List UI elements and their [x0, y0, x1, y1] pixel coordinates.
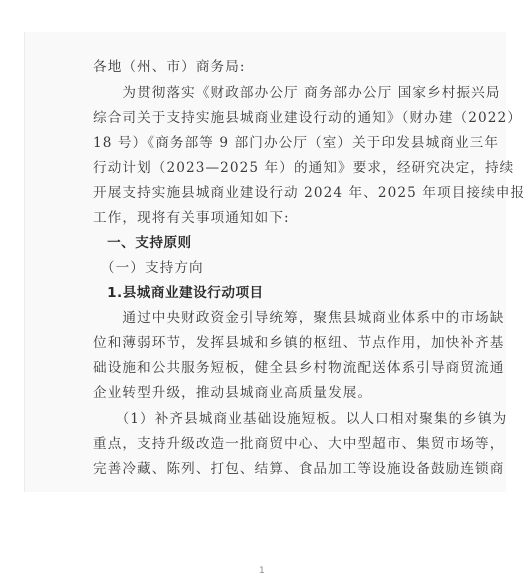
- paragraph-line: 开展支持实施县城商业建设行动 2024 年、2025 年项目接续申报: [93, 184, 493, 202]
- section-heading: 一、支持原则: [93, 234, 493, 252]
- paragraph-line: 重点，支持升级改造一批商贸中心、大中型超市、集贸市场等，: [93, 435, 493, 453]
- paragraph-line: 为贯彻落实《财政部办公厅 商务部办公厅 国家乡村振兴局: [93, 84, 493, 102]
- paragraph-line: 位和薄弱环节，发挥县城和乡镇的枢纽、节点作用，加快补齐基: [93, 334, 493, 352]
- page-number: 1: [259, 566, 265, 576]
- paragraph-line: 企业转型升级，推动县城商业高质量发展。: [93, 384, 493, 402]
- paragraph-line: 综合司关于支持实施县城商业建设行动的通知》（财办建（2022）: [93, 109, 493, 127]
- paragraph-line: 础设施和公共服务短板，健全县乡村物流配送体系引导商贸流通: [93, 359, 493, 377]
- subsection-heading: （一）支持方向: [93, 259, 493, 277]
- paragraph-line: 工作，现将有关事项通知如下:: [93, 209, 493, 227]
- paragraph-line: 行动计划（2023—2025 年）的通知》要求，经研究决定，持续: [93, 159, 493, 177]
- item-heading: 1.县城商业建设行动项目: [93, 284, 493, 302]
- salutation: 各地（州、市）商务局:: [93, 58, 493, 76]
- paragraph-line: 通过中央财政资金引导统筹，聚焦县城商业体系中的市场缺: [93, 309, 493, 327]
- paragraph-line: 完善冷藏、陈列、打包、结算、食品加工等设施设备鼓励连锁商: [93, 460, 493, 478]
- paragraph-line: （1）补齐县城商业基础设施短板。以人口相对聚集的乡镇为: [93, 410, 493, 428]
- paragraph-line: 18 号）《商务部等 9 部门办公厅（室）关于印发县城商业三年: [93, 134, 493, 152]
